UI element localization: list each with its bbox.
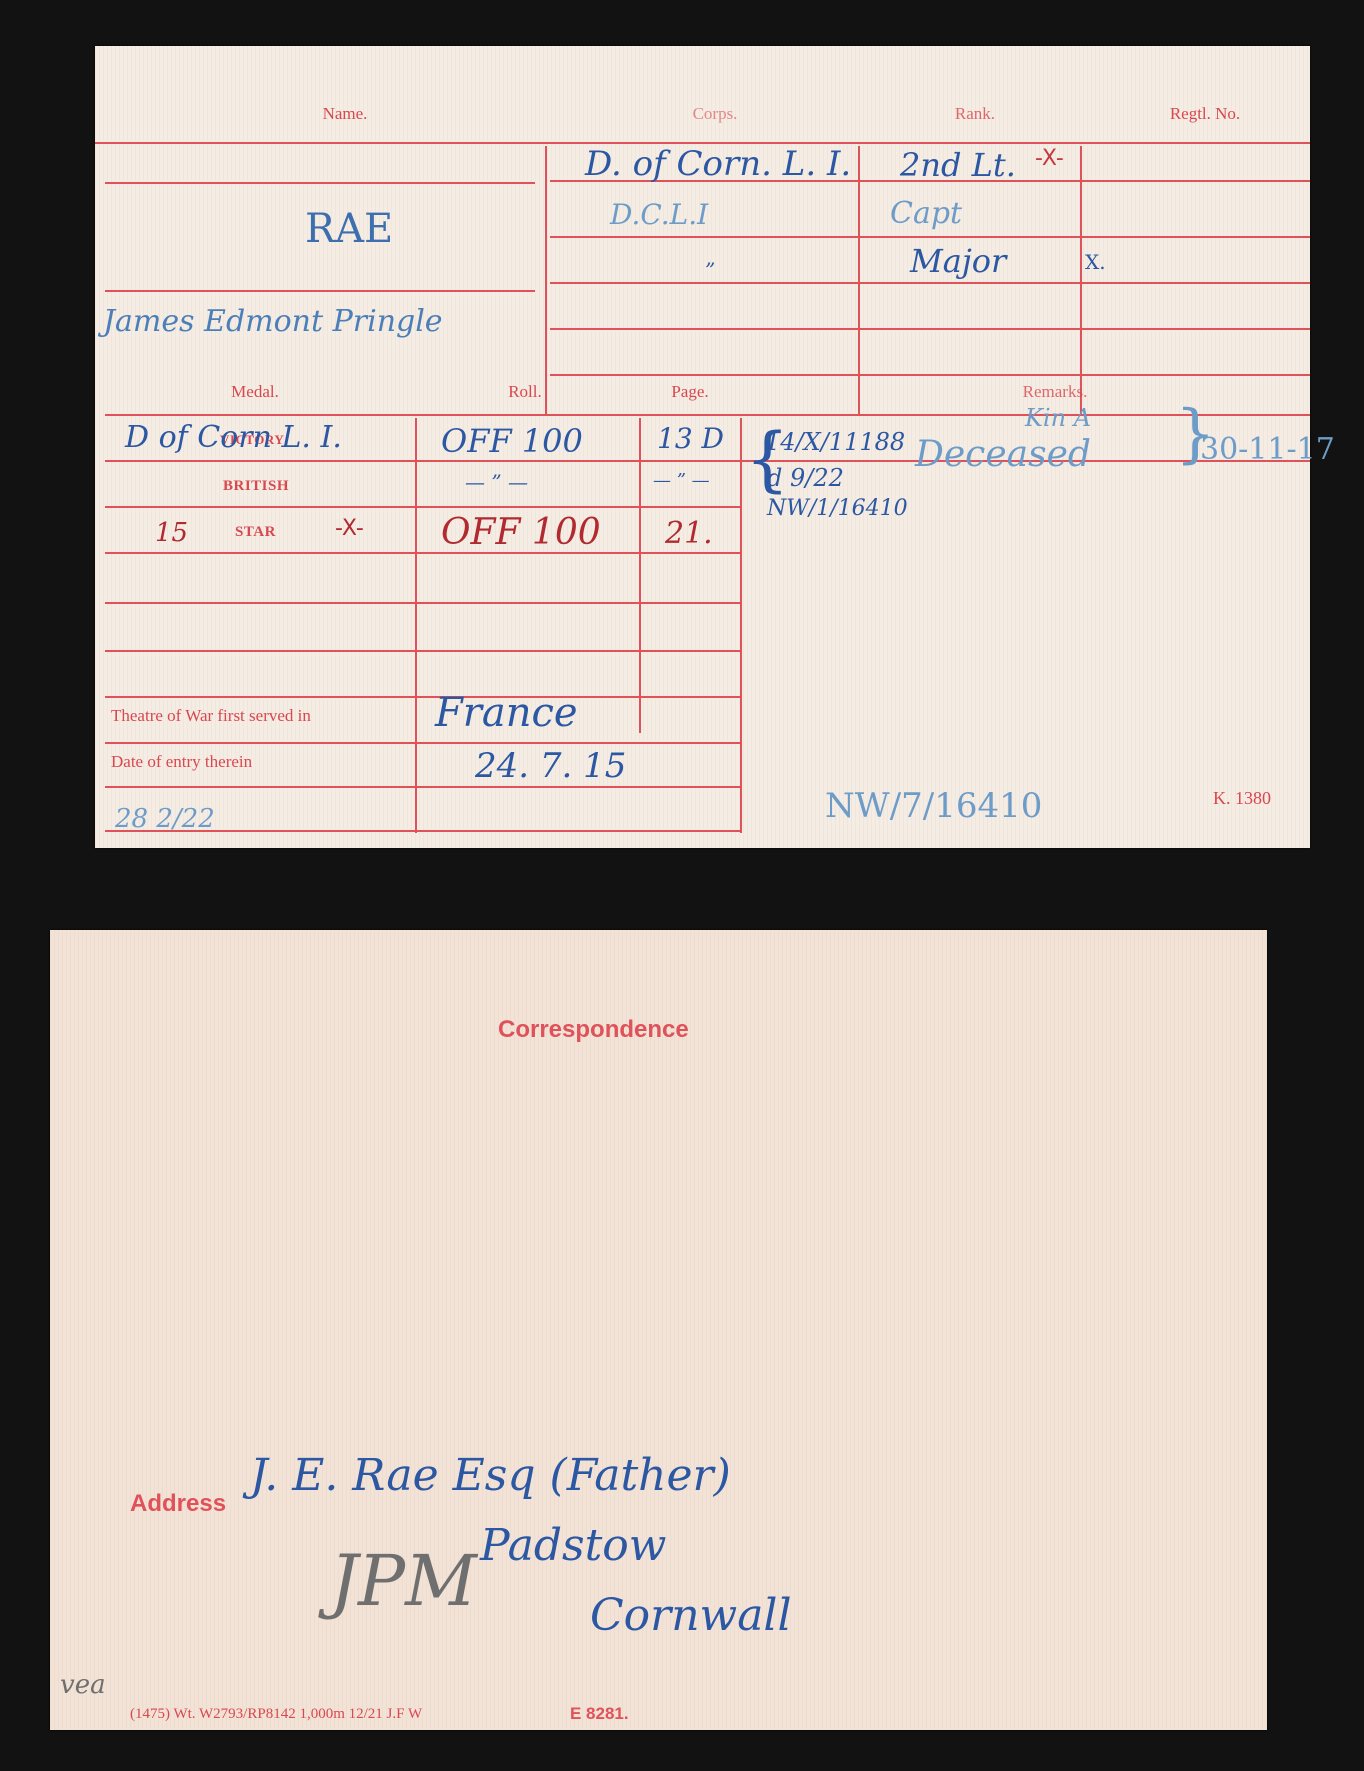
header-name: Name. <box>245 104 445 124</box>
remarks-deceased: Deceased <box>915 434 1091 475</box>
address-line-3: Cornwall <box>590 1590 792 1641</box>
rule <box>105 460 1310 462</box>
page-entry-2: — ” — <box>653 470 710 491</box>
roll-entry-3: OFF 100 <box>441 512 601 553</box>
rule-v <box>545 146 547 414</box>
correspondence-title: Correspondence <box>498 1016 689 1044</box>
rule <box>550 374 1310 376</box>
remarks-ref-3: NW/1/16410 <box>767 496 908 521</box>
rule-v <box>740 418 742 833</box>
roll-entry-1: OFF 100 <box>441 422 583 460</box>
header-roll: Roll. <box>445 382 605 402</box>
rule-v <box>639 418 641 733</box>
print-line: (1475) Wt. W2793/RP8142 1,000m 12/21 J.F… <box>130 1706 422 1723</box>
theatre-label: Theatre of War first served in <box>111 706 311 726</box>
remarks-kia: Kin A <box>1025 404 1091 432</box>
rank-entry-3: Major <box>910 242 1006 280</box>
rule-section <box>105 414 1310 416</box>
header-remarks: Remarks. <box>955 382 1155 402</box>
theatre-value: France <box>435 690 578 736</box>
pencil-note: vea <box>60 1670 106 1700</box>
rule <box>550 328 1310 330</box>
corps-entry-2: D.C.L.I <box>610 198 708 231</box>
remarks-ref-1: 14/X/11188 <box>765 428 905 456</box>
header-rank: Rank. <box>875 104 1075 124</box>
address-line-2: Padstow <box>480 1520 666 1571</box>
rank-entry-1: 2nd Lt. <box>900 146 1016 184</box>
rule <box>105 650 740 652</box>
remarks-date: 30-11-17 <box>1200 432 1335 467</box>
entry-date-label: Date of entry therein <box>111 752 252 772</box>
cross-mark: -X- <box>1035 146 1064 171</box>
medal-british-label: BRITISH <box>223 478 289 495</box>
rule <box>105 182 535 184</box>
form-number: K. 1380 <box>1213 788 1271 809</box>
rule <box>550 282 1310 284</box>
header-corps: Corps. <box>615 104 815 124</box>
entry-date-value: 24. 7. 15 <box>475 746 626 786</box>
corps-entry-1: D. of Corn. L. I. <box>585 144 851 184</box>
rule <box>105 290 535 292</box>
page-entry-1: 13 D <box>657 422 724 455</box>
rule-v <box>1080 146 1082 414</box>
medal-card-back: Correspondence Address J. E. Rae Esq (Fa… <box>50 930 1267 1730</box>
bottom-left-note: 28 2/22 <box>115 804 215 834</box>
rank-entry-2: Capt <box>890 196 962 231</box>
header-medal: Medal. <box>175 382 335 402</box>
header-page: Page. <box>650 382 730 402</box>
medal-victory-corps: D of Corn L. I. <box>125 420 342 455</box>
rule <box>550 236 1310 238</box>
rule-v <box>858 146 860 414</box>
remarks-ref-2: d 9/22 <box>767 464 844 492</box>
page-entry-3: 21. <box>665 516 713 551</box>
medal-star-label: STAR <box>235 524 276 541</box>
rule <box>105 552 740 554</box>
rule <box>105 742 740 744</box>
bottom-ref: NW/7/16410 <box>825 786 1042 826</box>
rule <box>105 602 740 604</box>
cross-mark: X. <box>1085 250 1106 274</box>
print-code: E 8281. <box>570 1704 629 1724</box>
rule <box>105 506 740 508</box>
surname: RAE <box>305 206 393 252</box>
roll-entry-2: — ” — <box>465 470 528 494</box>
forenames: James Edmont Pringle <box>103 304 443 339</box>
address-label: Address <box>130 1490 226 1518</box>
address-line-1: J. E. Rae Esq (Father) <box>250 1450 731 1501</box>
cross-mark: -X- <box>335 516 364 541</box>
corps-entry-3: ” <box>705 258 715 282</box>
medal-card-front: Name. Corps. Rank. Regtl. No. RAE James … <box>95 46 1310 848</box>
rule-v <box>415 418 417 833</box>
header-regtl-no: Regtl. No. <box>1105 104 1305 124</box>
rule <box>105 696 740 698</box>
medal-star-prefix: 15 <box>155 518 188 548</box>
pencil-initials: JPM <box>330 1540 477 1622</box>
rule <box>105 786 740 788</box>
